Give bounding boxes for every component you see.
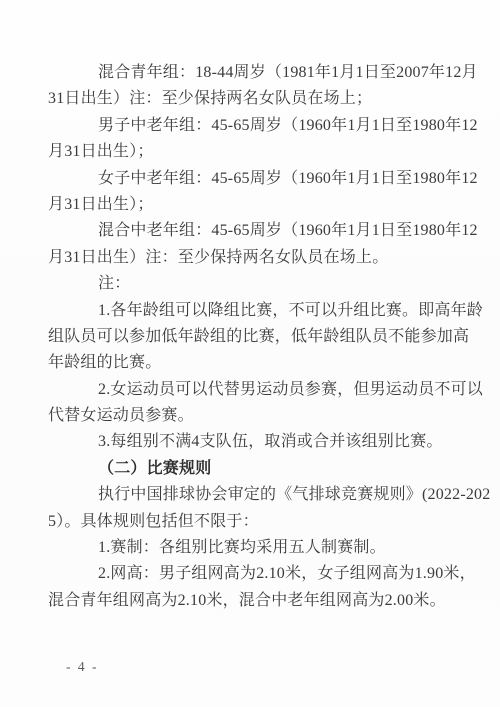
text-line-men-senior-group: 男子中老年组：45-65周岁（1960年1月1日至1980年12 — [48, 113, 460, 139]
text-line-note-1-cont2: 年龄组的比赛。 — [48, 350, 460, 376]
text-line-note-2-cont: 代替女运动员参赛。 — [48, 403, 460, 429]
text-line-rules-source-cont: 5）。具体规则包括但不限于： — [48, 509, 460, 535]
text-line-mixed-youth-group-cont: 31日出生）注：至少保持两名女队员在场上； — [48, 86, 460, 112]
text-line-note-label: 注： — [48, 271, 460, 297]
document-body: 混合青年组：18-44周岁（1981年1月1日至2007年12月 31日出生）注… — [48, 60, 460, 614]
text-line-rule-1-format: 1.赛制：各组别比赛均采用五人制赛制。 — [48, 535, 460, 561]
section-heading-competition-rules: （二）比赛规则 — [48, 456, 460, 482]
text-line-mixed-senior-group: 混合中老年组：45-65周岁（1960年1月1日至1980年12 — [48, 218, 460, 244]
scanned-page: 混合青年组：18-44周岁（1981年1月1日至2007年12月 31日出生）注… — [0, 0, 500, 707]
text-line-rules-source: 执行中国排球协会审定的《气排球竞赛规则》(2022-202 — [48, 482, 460, 508]
text-line-women-senior-group-cont: 月31日出生）； — [48, 192, 460, 218]
text-line-women-senior-group: 女子中老年组：45-65周岁（1960年1月1日至1980年12 — [48, 166, 460, 192]
text-line-note-1: 1.各年龄组可以降组比赛，不可以升组比赛。即高年龄 — [48, 298, 460, 324]
text-line-note-3: 3.每组别不满4支队伍，取消或合并该组别比赛。 — [48, 429, 460, 455]
text-line-note-1-cont: 组队员可以参加低年龄组的比赛，低年龄组队员不能参加高 — [48, 324, 460, 350]
page-number: - 4 - — [66, 659, 99, 675]
text-line-rule-2-net-height-cont: 混合青年组网高为2.10米，混合中老年组网高为2.00米。 — [48, 588, 460, 614]
text-line-mixed-senior-group-cont: 月31日出生）注：至少保持两名女队员在场上。 — [48, 245, 460, 271]
text-line-note-2: 2.女运动员可以代替男运动员参赛，但男运动员不可以 — [48, 377, 460, 403]
text-line-rule-2-net-height: 2.网高：男子组网高为2.10米，女子组网高为1.90米， — [48, 561, 460, 587]
text-line-mixed-youth-group: 混合青年组：18-44周岁（1981年1月1日至2007年12月 — [48, 60, 460, 86]
text-line-men-senior-group-cont: 月31日出生）； — [48, 139, 460, 165]
